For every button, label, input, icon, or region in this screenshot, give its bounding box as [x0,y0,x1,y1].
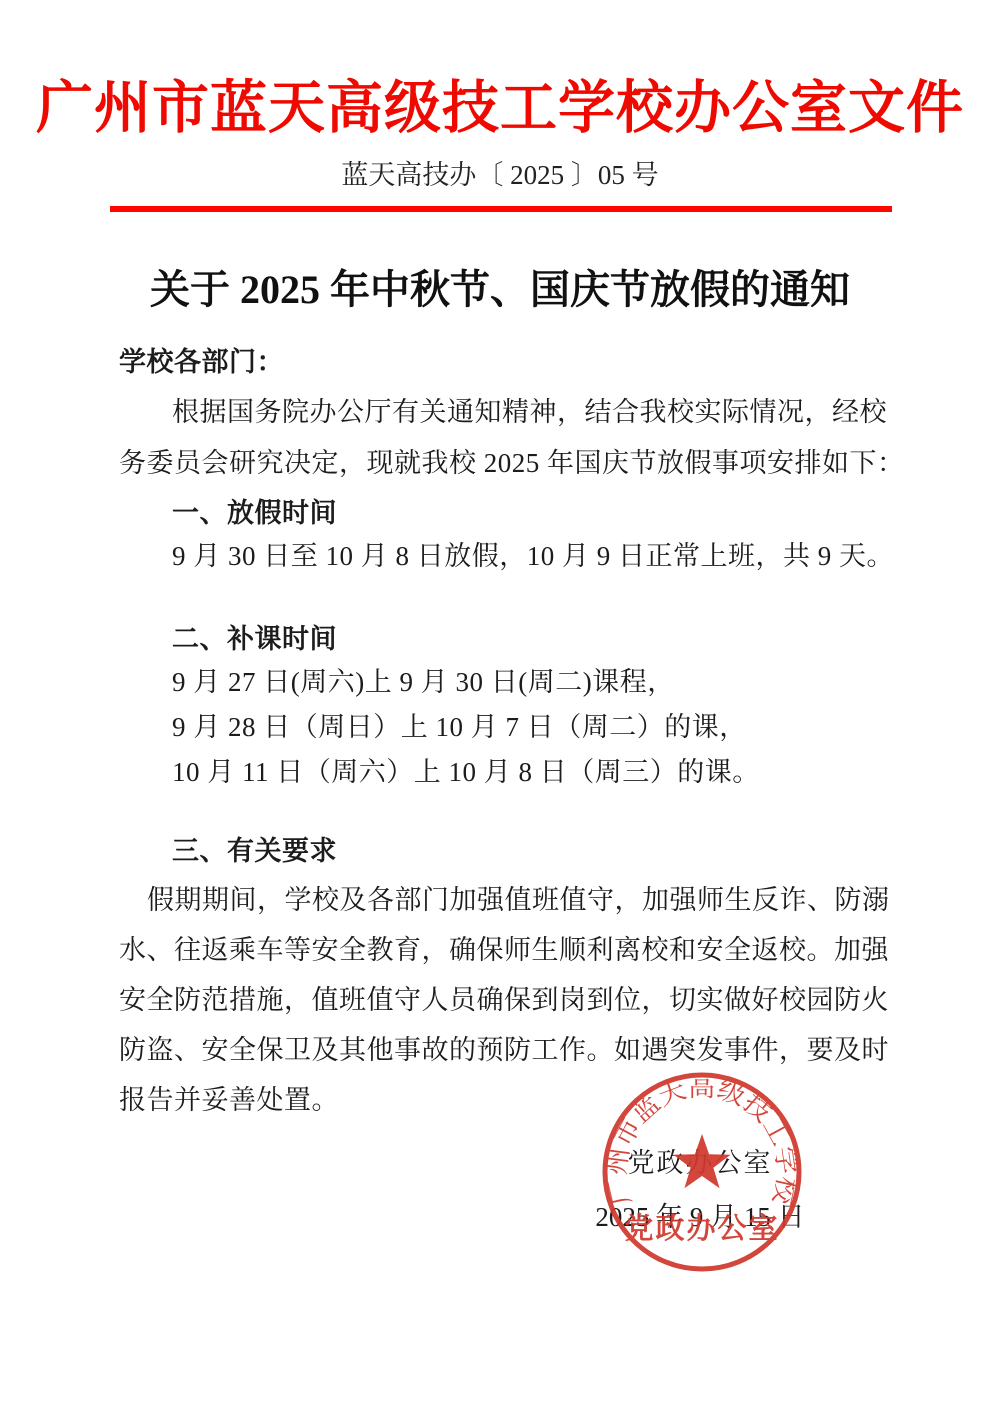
document-page: 广州市蓝天高级技工学校办公室文件 蓝天高技办〔 2025 〕05 号 关于 20… [0,0,1000,1414]
section2-line: 9 月 28 日（周日）上 10 月 7 日（周二）的课， [172,711,747,745]
intro-line: 务委员会研究决定，现就我校 2025 年国庆节放假事项安排如下： [119,447,905,481]
notice-title: 关于 2025 年中秋节、国庆节放假的通知 [0,258,1000,315]
section2-heading: 二、补课时间 [172,623,337,657]
section2-line: 10 月 11 日（周六）上 10 月 8 日（周三）的课。 [172,756,760,790]
section3-line: 防盗、安全保卫及其他事故的预防工作。如遇突发事件，要及时 [119,1034,889,1068]
stamp-office-label: 党政办公室 [624,1212,779,1245]
intro-line: 根据国务院办公厅有关通知精神，结合我校实际情况，经校 [172,396,887,430]
red-divider-line [110,206,892,212]
section1-heading: 一、放假时间 [172,497,337,531]
official-seal-stamp: 广州市蓝天高级技工学校 党政办公室 [596,1066,808,1278]
section3-heading: 三、有关要求 [172,835,337,869]
section3-line: 水、往返乘车等安全教育，确保师生顺利离校和安全返校。加强 [119,934,889,968]
section3-line: 安全防范措施，值班值守人员确保到岗到位，切实做好校园防火 [119,984,889,1018]
document-number: 蓝天高技办〔 2025 〕05 号 [0,153,1000,192]
salutation: 学校各部门： [119,346,284,380]
section3-line: 假期期间，学校及各部门加强值班值守，加强师生反诈、防溺 [147,884,890,918]
section3-line: 报告并妥善处置。 [119,1084,339,1118]
stamp-star-icon [674,1134,731,1188]
section2-line: 9 月 27 日(周六)上 9 月 30 日(周二)课程， [172,666,675,700]
document-header-title: 广州市蓝天高级技工学校办公室文件 [0,62,1000,144]
section1-line: 9 月 30 日至 10 月 8 日放假，10 月 9 日正常上班，共 9 天。 [172,540,894,574]
